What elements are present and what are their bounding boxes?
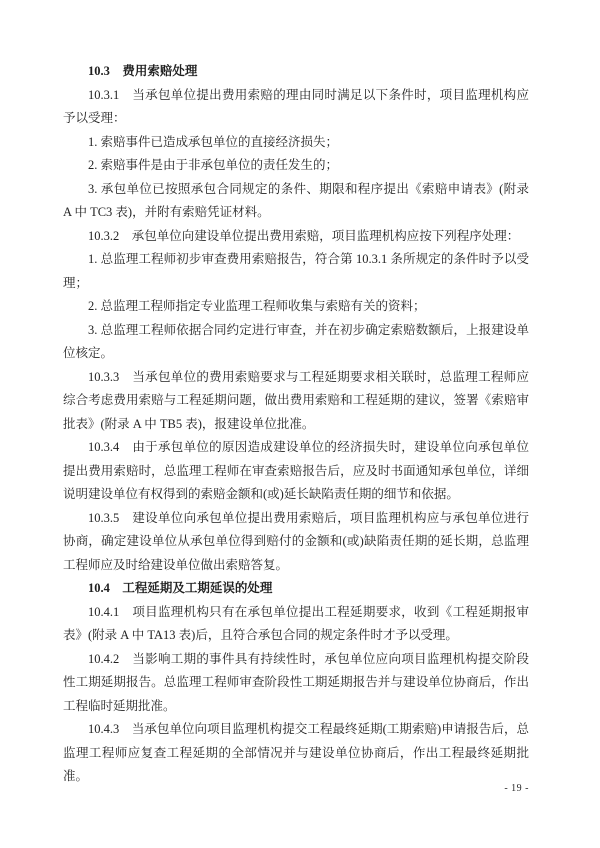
paragraph-10-4-1: 10.4.1 项目监理机构只有在承包单位提出工程延期要求，收到《工程延期报审表》… (63, 601, 529, 648)
list-item-3: 3. 承包单位已按照承包合同规定的条件、期限和程序提出《索赔申请表》(附录 A … (63, 178, 529, 225)
list-item-3: 3. 总监理工程师依据合同约定进行审查，并在初步确定索赔数额后，上报建设单位核定… (63, 319, 529, 366)
paragraph-10-3-1: 10.3.1 当承包单位提出费用索赔的理由同时满足以下条件时，项目监理机构应予以… (63, 84, 529, 131)
section-heading-10-4: 10.4 工程延期及工期延误的处理 (63, 577, 529, 601)
paragraph-10-3-5: 10.3.5 建设单位向承包单位提出费用索赔后，项目监理机构应与承包单位进行协商… (63, 507, 529, 578)
paragraph-10-3-2: 10.3.2 承包单位向建设单位提出费用索赔，项目监理机构应按下列程序处理： (63, 225, 529, 249)
paragraph-10-3-4: 10.3.4 由于承包单位的原因造成建设单位的经济损失时，建设单位向承包单位提出… (63, 436, 529, 507)
paragraph-10-4-2: 10.4.2 当影响工期的事件具有持续性时，承包单位应向项目监理机构提交阶段性工… (63, 648, 529, 719)
section-heading-10-3: 10.3 费用索赔处理 (63, 60, 529, 84)
paragraph-10-4-3: 10.4.3 当承包单位向项目监理机构提交工程最终延期(工期索赔)申请报告后，总… (63, 718, 529, 789)
list-item-2: 2. 总监理工程师指定专业监理工程师收集与索赔有关的资料； (63, 295, 529, 319)
list-item-1: 1. 总监理工程师初步审查费用索赔报告，符合第 10.3.1 条所规定的条件时予… (63, 248, 529, 295)
list-item-1: 1. 索赔事件已造成承包单位的直接经济损失； (63, 131, 529, 155)
list-item-2: 2. 索赔事件是由于非承包单位的责任发生的； (63, 154, 529, 178)
paragraph-10-3-3: 10.3.3 当承包单位的费用索赔要求与工程延期要求相关联时，总监理工程师应综合… (63, 366, 529, 437)
document-page: 10.3 费用索赔处理 10.3.1 当承包单位提出费用索赔的理由同时满足以下条… (0, 0, 600, 848)
document-body: 10.3 费用索赔处理 10.3.1 当承包单位提出费用索赔的理由同时满足以下条… (63, 60, 529, 789)
page-number: - 19 - (63, 783, 529, 794)
